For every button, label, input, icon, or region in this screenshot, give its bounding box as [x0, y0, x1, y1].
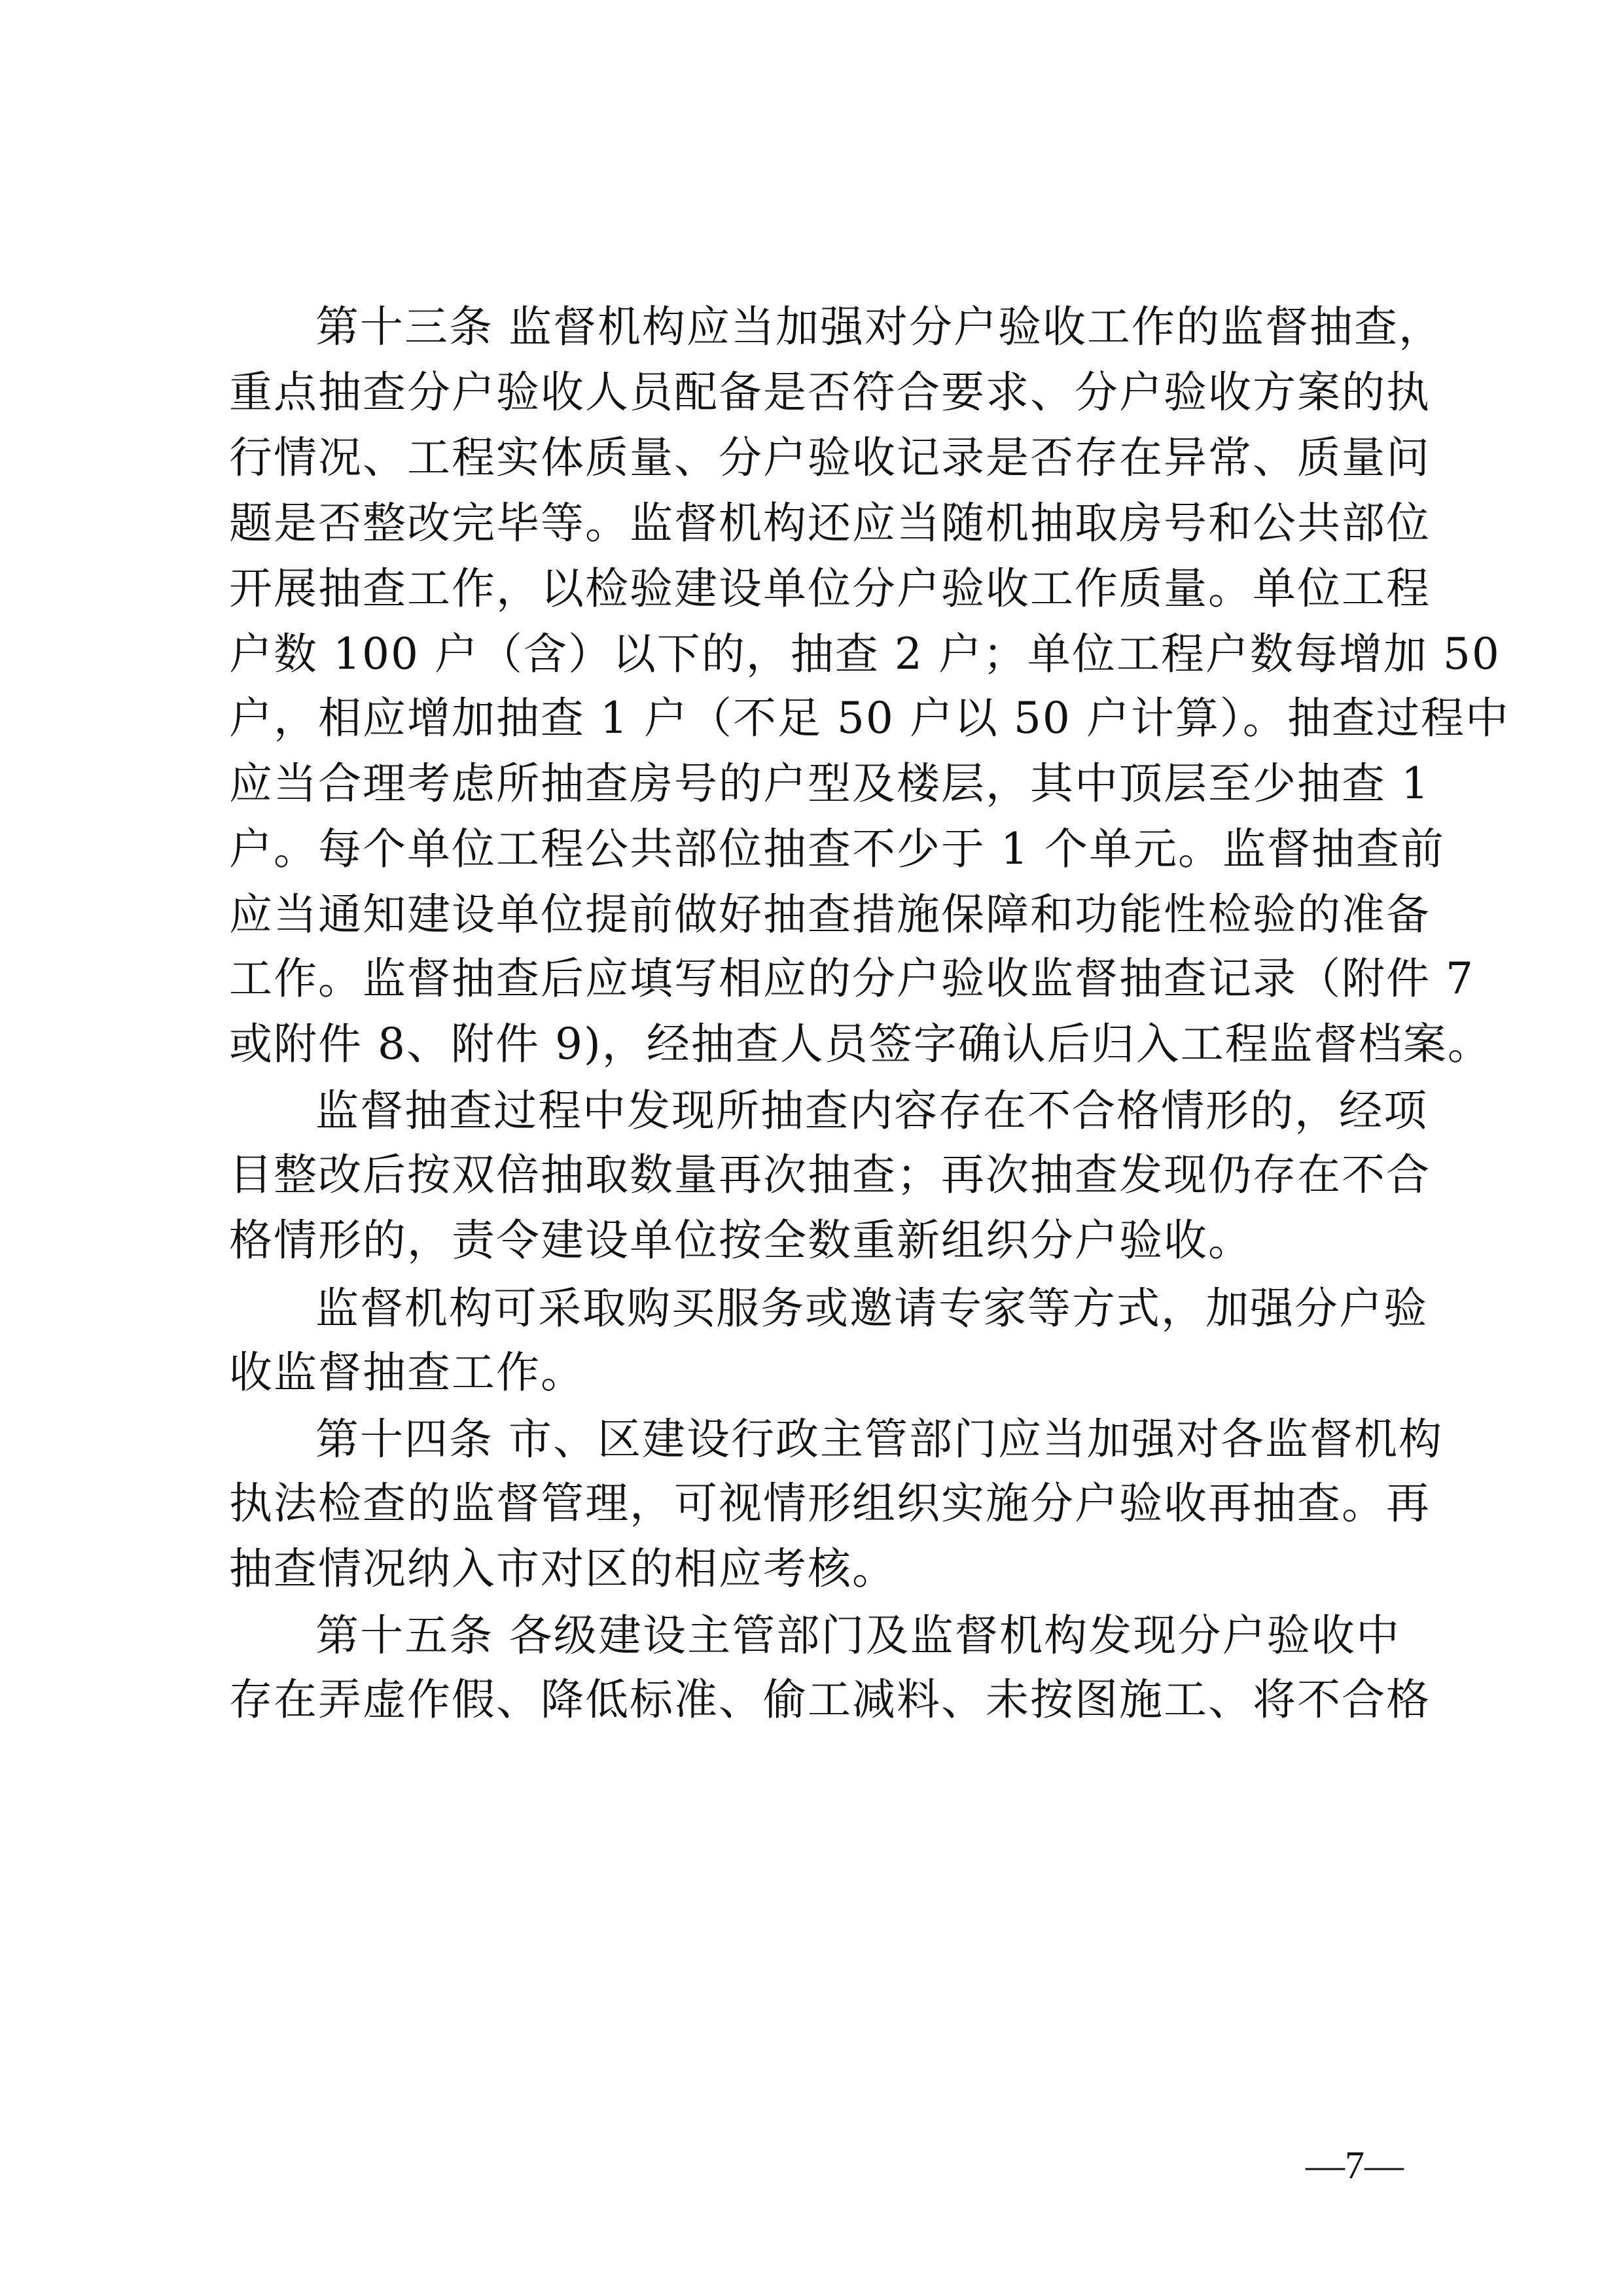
text-line: 户数 100 户（含）以下的，抽查 2 户；单位工程户数每增加 50 — [229, 628, 1400, 680]
text-line: 开展抽查工作，以检验建设单位分户验收工作质量。单位工程 — [229, 563, 1400, 615]
text-line: 监督抽查过程中发现所抽查内容存在不合格情形的，经项 — [315, 1085, 1400, 1137]
text-line: 第十四条 市、区建设行政主管部门应当加强对各监督机构 — [315, 1413, 1400, 1466]
text-line: 目整改后按双倍抽取数量再次抽查；再次抽查发现仍存在不合 — [229, 1149, 1400, 1201]
page-number: —7— — [1306, 2143, 1404, 2188]
text-line: 第十三条 监督机构应当加强对分户验收工作的监督抽查， — [315, 301, 1400, 353]
text-line: 工作。监督抽查后应填写相应的分户验收监督抽查记录（附件 7 — [229, 953, 1400, 1005]
text-line: 题是否整改完毕等。监督机构还应当随机抽取房号和公共部位 — [229, 497, 1400, 550]
text-line: 监督机构可采取购买服务或邀请专家等方式，加强分户验 — [315, 1282, 1400, 1335]
text-line: 行情况、工程实体质量、分户验收记录是否存在异常、质量问 — [229, 432, 1400, 484]
text-line: 收监督抽查工作。 — [229, 1347, 1400, 1399]
text-line: 户，相应增加抽查 1 户（不足 50 户以 50 户计算）。抽查过程中 — [229, 692, 1400, 745]
text-line: 户。每个单位工程公共部位抽查不少于 1 个单元。监督抽查前 — [229, 823, 1400, 875]
text-line: 应当通知建设单位提前做好抽查措施保障和功能性检验的准备 — [229, 889, 1400, 941]
text-line: 执法检查的监督管理，可视情形组织实施分户验收再抽查。再 — [229, 1477, 1400, 1530]
text-line: 或附件 8、附件 9)，经抽查人员签字确认后归入工程监督档案。 — [229, 1018, 1400, 1070]
text-line: 第十五条 各级建设主管部门及监督机构发现分户验收中 — [315, 1610, 1400, 1662]
text-line: 抽查情况纳入市对区的相应考核。 — [229, 1543, 1400, 1595]
text-line: 重点抽查分户验收人员配备是否符合要求、分户验收方案的执 — [229, 366, 1400, 419]
text-line: 格情形的，责令建设单位按全数重新组织分户验收。 — [229, 1214, 1400, 1267]
text-line: 应当合理考虑所抽查房号的户型及楼层，其中顶层至少抽查 1 — [229, 758, 1400, 810]
text-line: 存在弄虚作假、降低标准、偷工减料、未按图施工、将不合格 — [229, 1674, 1400, 1726]
